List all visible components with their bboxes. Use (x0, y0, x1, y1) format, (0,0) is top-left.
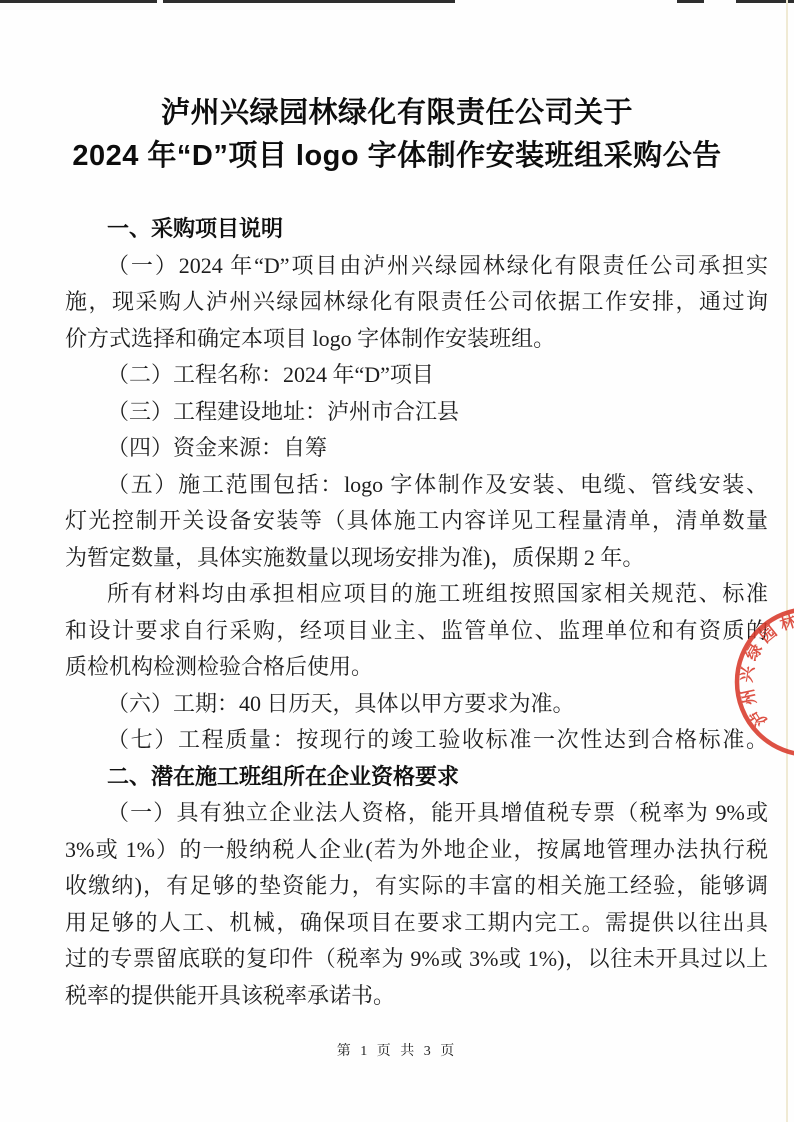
scan-artifact-line (163, 0, 455, 3)
body-line: 所有材料均由承担相应项目的施工班组按照国家相关规范、标准 (65, 576, 768, 613)
body-line: 税率的提供能开具该税率承诺书。 (65, 978, 768, 1015)
body-line: 和设计要求自行采购，经项目业主、监管单位、监理单位和有资质的 (65, 613, 768, 650)
body-line: 收缴纳)，有足够的垫资能力，有实际的丰富的相关施工经验，能够调 (65, 868, 768, 905)
body-line: 用足够的人工、机械，确保项目在要求工期内完工。需提供以往出具 (65, 905, 768, 942)
document-body: 一、采购项目说明（一）2024 年“D”项目由泸州兴绿园林绿化有限责任公司承担实… (65, 211, 768, 1014)
scan-artifact-line (677, 0, 704, 3)
title-line-1: 泸州兴绿园林绿化有限责任公司关于 (0, 92, 794, 135)
body-line: （七）工程质量：按现行的竣工验收标准一次性达到合格标准。 (65, 722, 768, 759)
seal-company-name: 泸州兴绿园林绿化有限责任公司 (738, 609, 794, 750)
body-line: 3%或 1%）的一般纳税人企业(若为外地企业，按属地管理办法执行税 (65, 832, 768, 869)
title-line-2: 2024 年“D”项目 logo 字体制作安装班组采购公告 (0, 135, 794, 178)
body-line: 过的专票留底联的复印件（税率为 9%或 3%或 1%)，以往未开具过以上 (65, 941, 768, 978)
document-page: { "page": { "background": "#fefefe", "te… (0, 0, 794, 1122)
body-line: （五）施工范围包括：logo 字体制作及安装、电缆、管线安装、 (65, 467, 768, 504)
body-line: （一）具有独立企业法人资格，能开具增值税专票（税率为 9%或 (65, 795, 768, 832)
body-line: （二）工程名称：2024 年“D”项目 (65, 357, 768, 394)
company-seal-stamp: 泸州兴绿园林绿化有限责任公司 (731, 604, 794, 760)
body-line: 质检机构检测检验合格后使用。 (65, 649, 768, 686)
body-line: （六）工期：40 日历天，具体以甲方要求为准。 (65, 686, 768, 723)
body-line: 施，现采购人泸州兴绿园林绿化有限责任公司依据工作安排，通过询 (65, 284, 768, 321)
page-number: 第 1 页 共 3 页 (0, 1040, 794, 1060)
section-heading: 二、潜在施工班组所在企业资格要求 (65, 759, 768, 796)
body-line: 灯光控制开关设备安装等（具体施工内容详见工程量清单，清单数量 (65, 503, 768, 540)
section-heading: 一、采购项目说明 (65, 211, 768, 248)
body-line: 价方式选择和确定本项目 logo 字体制作安装班组。 (65, 321, 768, 358)
document-title: 泸州兴绿园林绿化有限责任公司关于 2024 年“D”项目 logo 字体制作安装… (0, 92, 794, 178)
body-line: （四）资金来源：自筹 (65, 430, 768, 467)
body-line: 为暂定数量，具体实施数量以现场安排为准)，质保期 2 年。 (65, 540, 768, 577)
body-line: （三）工程建设地址：泸州市合江县 (65, 394, 768, 431)
seal-svg: 泸州兴绿园林绿化有限责任公司 (731, 604, 794, 760)
scan-artifact-line (0, 0, 157, 3)
body-line: （一）2024 年“D”项目由泸州兴绿园林绿化有限责任公司承担实 (65, 248, 768, 285)
